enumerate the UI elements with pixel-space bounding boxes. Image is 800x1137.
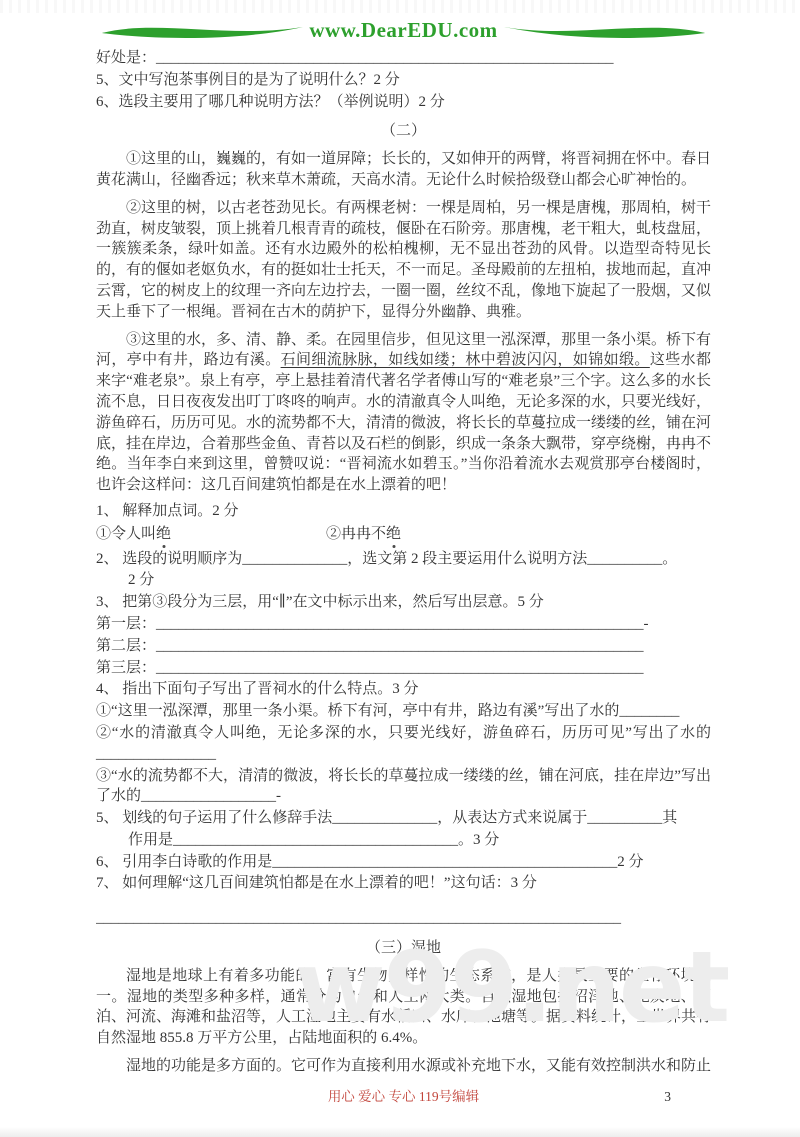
question-4-item-1: ①“这里一泓深潭，那里一条小渠。桥下有河，亭中有井，路边有溪”写出了水的____… — [96, 701, 711, 722]
question-5-line2: 作用是_____________________________________… — [96, 830, 711, 851]
scan-bottom-edge — [0, 1127, 800, 1137]
question-4: 4、 指出下面句子写出了晋祠水的什么特点。3 分 — [96, 679, 711, 700]
benefit-line: 好处是：____________________________________… — [96, 48, 711, 69]
page-content: www.DearEDU.com 好处是：____________________… — [0, 0, 800, 1108]
question-2-line1: 2、 选段的说明顺序为______________，选文第 2 段主要运用什么说… — [96, 549, 711, 570]
dotted-word: 绝 — [156, 524, 171, 545]
wetland-paragraph-2: 湿地的功能是多方面的。它可作为直接利用水源或补充地下水，又能有效控制洪水和防止 — [96, 1056, 711, 1077]
answer-blank-line: ________________________________________… — [96, 908, 711, 929]
benefit-blank: ________________________________________… — [156, 50, 614, 66]
passage-paragraph-3: ③这里的水，多、清、静、柔。在园里信步，但见这里一泓深潭，那里一条小渠。桥下有河… — [96, 330, 711, 496]
document-page: www.DearEDU.com 好处是：____________________… — [0, 0, 800, 1137]
question-4-item-3: ③“水的流势都不大，清清的微波，将长长的草蔓拉成一缕缕的丝，铺在河底，挂在岸边”… — [96, 766, 711, 808]
wetland-paragraph-1: 湿地是地球上有着多功能的、富有生物多样性的生态系统，是人类最重要的生存环境之一。… — [96, 966, 711, 1049]
paragraph-3-text-cont: 这些水都来字“难老泉”。泉上有亭，亭上悬挂着清代著名学者傅山写的“难老泉”三个字… — [96, 352, 711, 493]
paragraph-3-underlined-sentence: 石间细流脉脉，如线如缕；林中碧波闪闪，如锦如缎。 — [281, 352, 650, 368]
layer-3-blank: 第三层：____________________________________… — [96, 658, 711, 679]
section-2-title: （二） — [96, 121, 711, 142]
layer-1-blank: 第一层：____________________________________… — [96, 614, 711, 635]
dotted-word: 绝 — [386, 524, 401, 545]
question-6-top: 6、选段主要用了哪几种说明方法？（举例说明）2 分 — [96, 92, 711, 113]
question-5-line1: 5、 划线的句子运用了什么修辞手法______________，从表达方式来说属… — [96, 808, 711, 829]
swoosh-left-icon — [100, 18, 305, 42]
logo-text: www.DearEDU.com — [309, 20, 497, 41]
question-4-item-2: ②“水的清澈真令人叫绝，无论多深的水，只要光线好，游鱼碎石，历历可见”写出了水的… — [96, 723, 711, 765]
question-1-items: ①令人叫绝 ②冉冉不绝 — [96, 524, 711, 545]
header-logo: www.DearEDU.com — [96, 18, 711, 42]
passage-paragraph-2: ②这里的树，以古老苍劲见长。有两棵老树：一棵是周柏，另一棵是唐槐，那周柏，树干劲… — [96, 198, 711, 323]
passage-paragraph-1: ①这里的山，巍巍的，有如一道屏障；长长的，又如伸开的两臂，将晋祠拥在怀中。春日黄… — [96, 149, 711, 191]
q1-item-2: ②冉冉不绝 — [326, 524, 556, 545]
question-6: 6、 引用李白诗歌的作用是___________________________… — [96, 852, 711, 873]
benefit-label: 好处是： — [96, 50, 156, 66]
footer-editor-text: 用心 爱心 专心 119号编辑 — [328, 1089, 479, 1104]
page-footer: 用心 爱心 专心 119号编辑 3 — [96, 1087, 711, 1108]
layer-2-blank: 第二层：____________________________________… — [96, 636, 711, 657]
page-number: 3 — [664, 1087, 671, 1108]
question-5-top: 5、文中写泡茶事例目的是为了说明什么？2 分 — [96, 70, 711, 91]
q1-item-1: ①令人叫绝 — [96, 524, 326, 545]
swoosh-right-icon — [502, 18, 707, 42]
question-3: 3、 把第③段分为三层，用“∥”在文中标示出来，然后写出层意。5 分 — [96, 592, 711, 613]
section-3-title: （三）湿地 — [96, 938, 711, 959]
question-7: 7、 如何理解“这几百间建筑怕都是在水上漂着的吧！”这句话：3 分 — [96, 873, 711, 894]
question-2-line2: 2 分 — [96, 570, 711, 591]
question-1: 1、 解释加点词。2 分 — [96, 501, 711, 522]
